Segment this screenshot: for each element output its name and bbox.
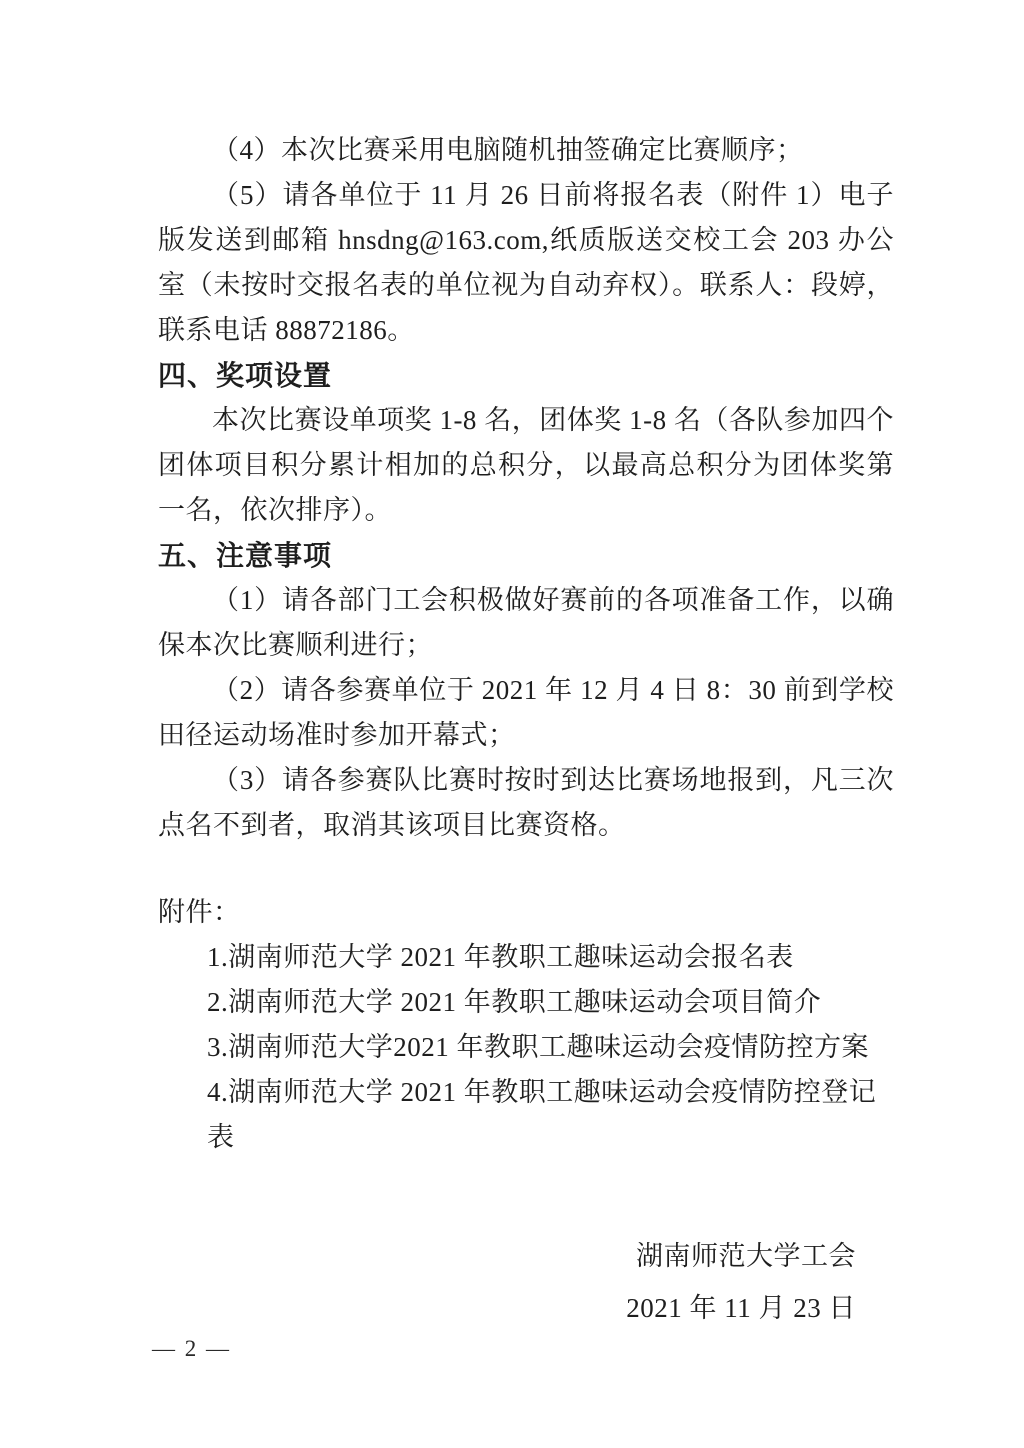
page-number: — 2 — bbox=[152, 1336, 231, 1362]
section-heading-awards: 四、奖项设置 bbox=[158, 353, 894, 398]
note-item-1: （1）请各部门工会积极做好赛前的各项准备工作，以确保本次比赛顺利进行； bbox=[158, 578, 894, 668]
document-page: （4）本次比赛采用电脑随机抽签确定比赛顺序； （5）请各单位于 11 月 26 … bbox=[0, 0, 1024, 1448]
numbered-item-4: （4）本次比赛采用电脑随机抽签确定比赛顺序； bbox=[158, 128, 894, 173]
attachment-item-4: 4.湖南师范大学 2021 年教职工趣味运动会疫情防控登记表 bbox=[158, 1070, 894, 1160]
signature-block: 湖南师范大学工会 2021 年 11 月 23 日 bbox=[158, 1230, 894, 1334]
numbered-item-5: （5）请各单位于 11 月 26 日前将报名表（附件 1）电子版发送到邮箱 hn… bbox=[158, 173, 894, 353]
signature-org: 湖南师范大学工会 bbox=[158, 1230, 856, 1282]
attachments-section: 附件： 1.湖南师范大学 2021 年教职工趣味运动会报名表 2.湖南师范大学 … bbox=[158, 890, 894, 1160]
attachments-label: 附件： bbox=[158, 890, 894, 935]
awards-paragraph: 本次比赛设单项奖 1-8 名，团体奖 1-8 名（各队参加四个团体项目积分累计相… bbox=[158, 398, 894, 533]
signature-date: 2021 年 11 月 23 日 bbox=[158, 1282, 856, 1334]
document-body: （4）本次比赛采用电脑随机抽签确定比赛顺序； （5）请各单位于 11 月 26 … bbox=[158, 128, 894, 1334]
note-item-3: （3）请各参赛队比赛时按时到达比赛场地报到，凡三次点名不到者，取消其该项目比赛资… bbox=[158, 758, 894, 848]
attachment-item-3: 3.湖南师范大学2021 年教职工趣味运动会疫情防控方案 bbox=[158, 1025, 894, 1070]
attachment-item-1: 1.湖南师范大学 2021 年教职工趣味运动会报名表 bbox=[158, 935, 894, 980]
section-heading-notes: 五、注意事项 bbox=[158, 533, 894, 578]
attachment-item-2: 2.湖南师范大学 2021 年教职工趣味运动会项目简介 bbox=[158, 980, 894, 1025]
note-item-2: （2）请各参赛单位于 2021 年 12 月 4 日 8：30 前到学校田径运动… bbox=[158, 668, 894, 758]
